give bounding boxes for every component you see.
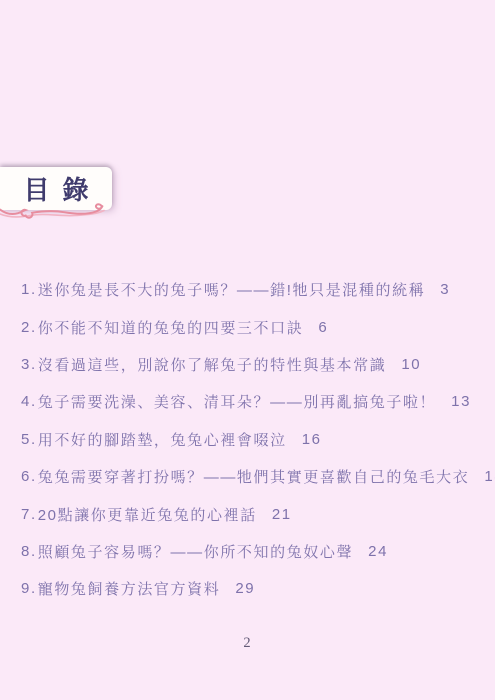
toc-entry-page-number: 18 — [484, 468, 495, 485]
toc-entry-number: 6. — [21, 468, 37, 485]
toc-entry-title: 兔子需要洗澡、美容、清耳朵？——別再亂搞兔子啦！ — [38, 391, 436, 412]
toc-entry-number: 5. — [21, 431, 37, 448]
decorative-swirl-divider — [0, 201, 108, 223]
toc-entry: 9. 寵物兔飼養方法官方資料 29 — [21, 570, 491, 607]
toc-entry-page-number: 21 — [272, 506, 292, 523]
toc-entry-title: 沒看過這些，別說你了解兔子的特性與基本常識 — [38, 354, 387, 375]
toc-entry-number: 9. — [21, 580, 37, 597]
toc-entry-page-number: 24 — [368, 543, 388, 560]
toc-entry-page-number: 29 — [235, 580, 255, 597]
toc-entry-page-number: 16 — [302, 431, 322, 448]
toc-entry: 6. 兔兔需要穿著打扮嗎？——牠們其實更喜歡自己的兔毛大衣 18 — [21, 458, 491, 495]
toc-entry-page-number: 13 — [451, 393, 471, 410]
toc-entry: 8. 照顧兔子容易嗎？——你所不知的兔奴心聲 24 — [21, 533, 491, 570]
toc-entry-number: 4. — [21, 393, 37, 410]
toc-entry-number: 3. — [21, 356, 37, 373]
footer-page-number: 2 — [0, 635, 495, 652]
toc-entry-page-number: 3 — [440, 281, 450, 298]
toc-entry: 1. 迷你兔是長不大的兔子嗎？——錯!牠只是混種的統稱 3 — [21, 271, 491, 308]
toc-entry: 7. 20點讓你更靠近兔兔的心裡話 21 — [21, 495, 491, 532]
toc-entry-number: 8. — [21, 543, 37, 560]
toc-entry-title: 用不好的腳踏墊，兔兔心裡會啜泣 — [38, 429, 287, 450]
toc-entry-title: 照顧兔子容易嗎？——你所不知的兔奴心聲 — [38, 541, 353, 562]
toc-entry: 3. 沒看過這些，別說你了解兔子的特性與基本常識 10 — [21, 346, 491, 383]
toc-entry-number: 1. — [21, 281, 37, 298]
toc-entry-title: 迷你兔是長不大的兔子嗎？——錯!牠只是混種的統稱 — [38, 279, 426, 300]
toc-entry-number: 2. — [21, 319, 37, 336]
toc-entry-title: 寵物兔飼養方法官方資料 — [38, 578, 221, 599]
toc-entry: 4. 兔子需要洗澡、美容、清耳朵？——別再亂搞兔子啦！ 13 — [21, 383, 491, 420]
toc-entry-page-number: 10 — [401, 356, 421, 373]
toc-entry-title: 20點讓你更靠近兔兔的心裡話 — [38, 504, 257, 525]
table-of-contents: 1. 迷你兔是長不大的兔子嗎？——錯!牠只是混種的統稱 3 2. 你不能不知道的… — [21, 271, 491, 608]
toc-entry-title: 你不能不知道的兔兔的四要三不口訣 — [38, 317, 304, 338]
toc-entry: 5. 用不好的腳踏墊，兔兔心裡會啜泣 16 — [21, 421, 491, 458]
toc-entry-page-number: 6 — [318, 319, 328, 336]
toc-entry: 2. 你不能不知道的兔兔的四要三不口訣 6 — [21, 308, 491, 345]
toc-entry-title: 兔兔需要穿著打扮嗎？——牠們其實更喜歡自己的兔毛大衣 — [38, 466, 470, 487]
toc-entry-number: 7. — [21, 506, 37, 523]
